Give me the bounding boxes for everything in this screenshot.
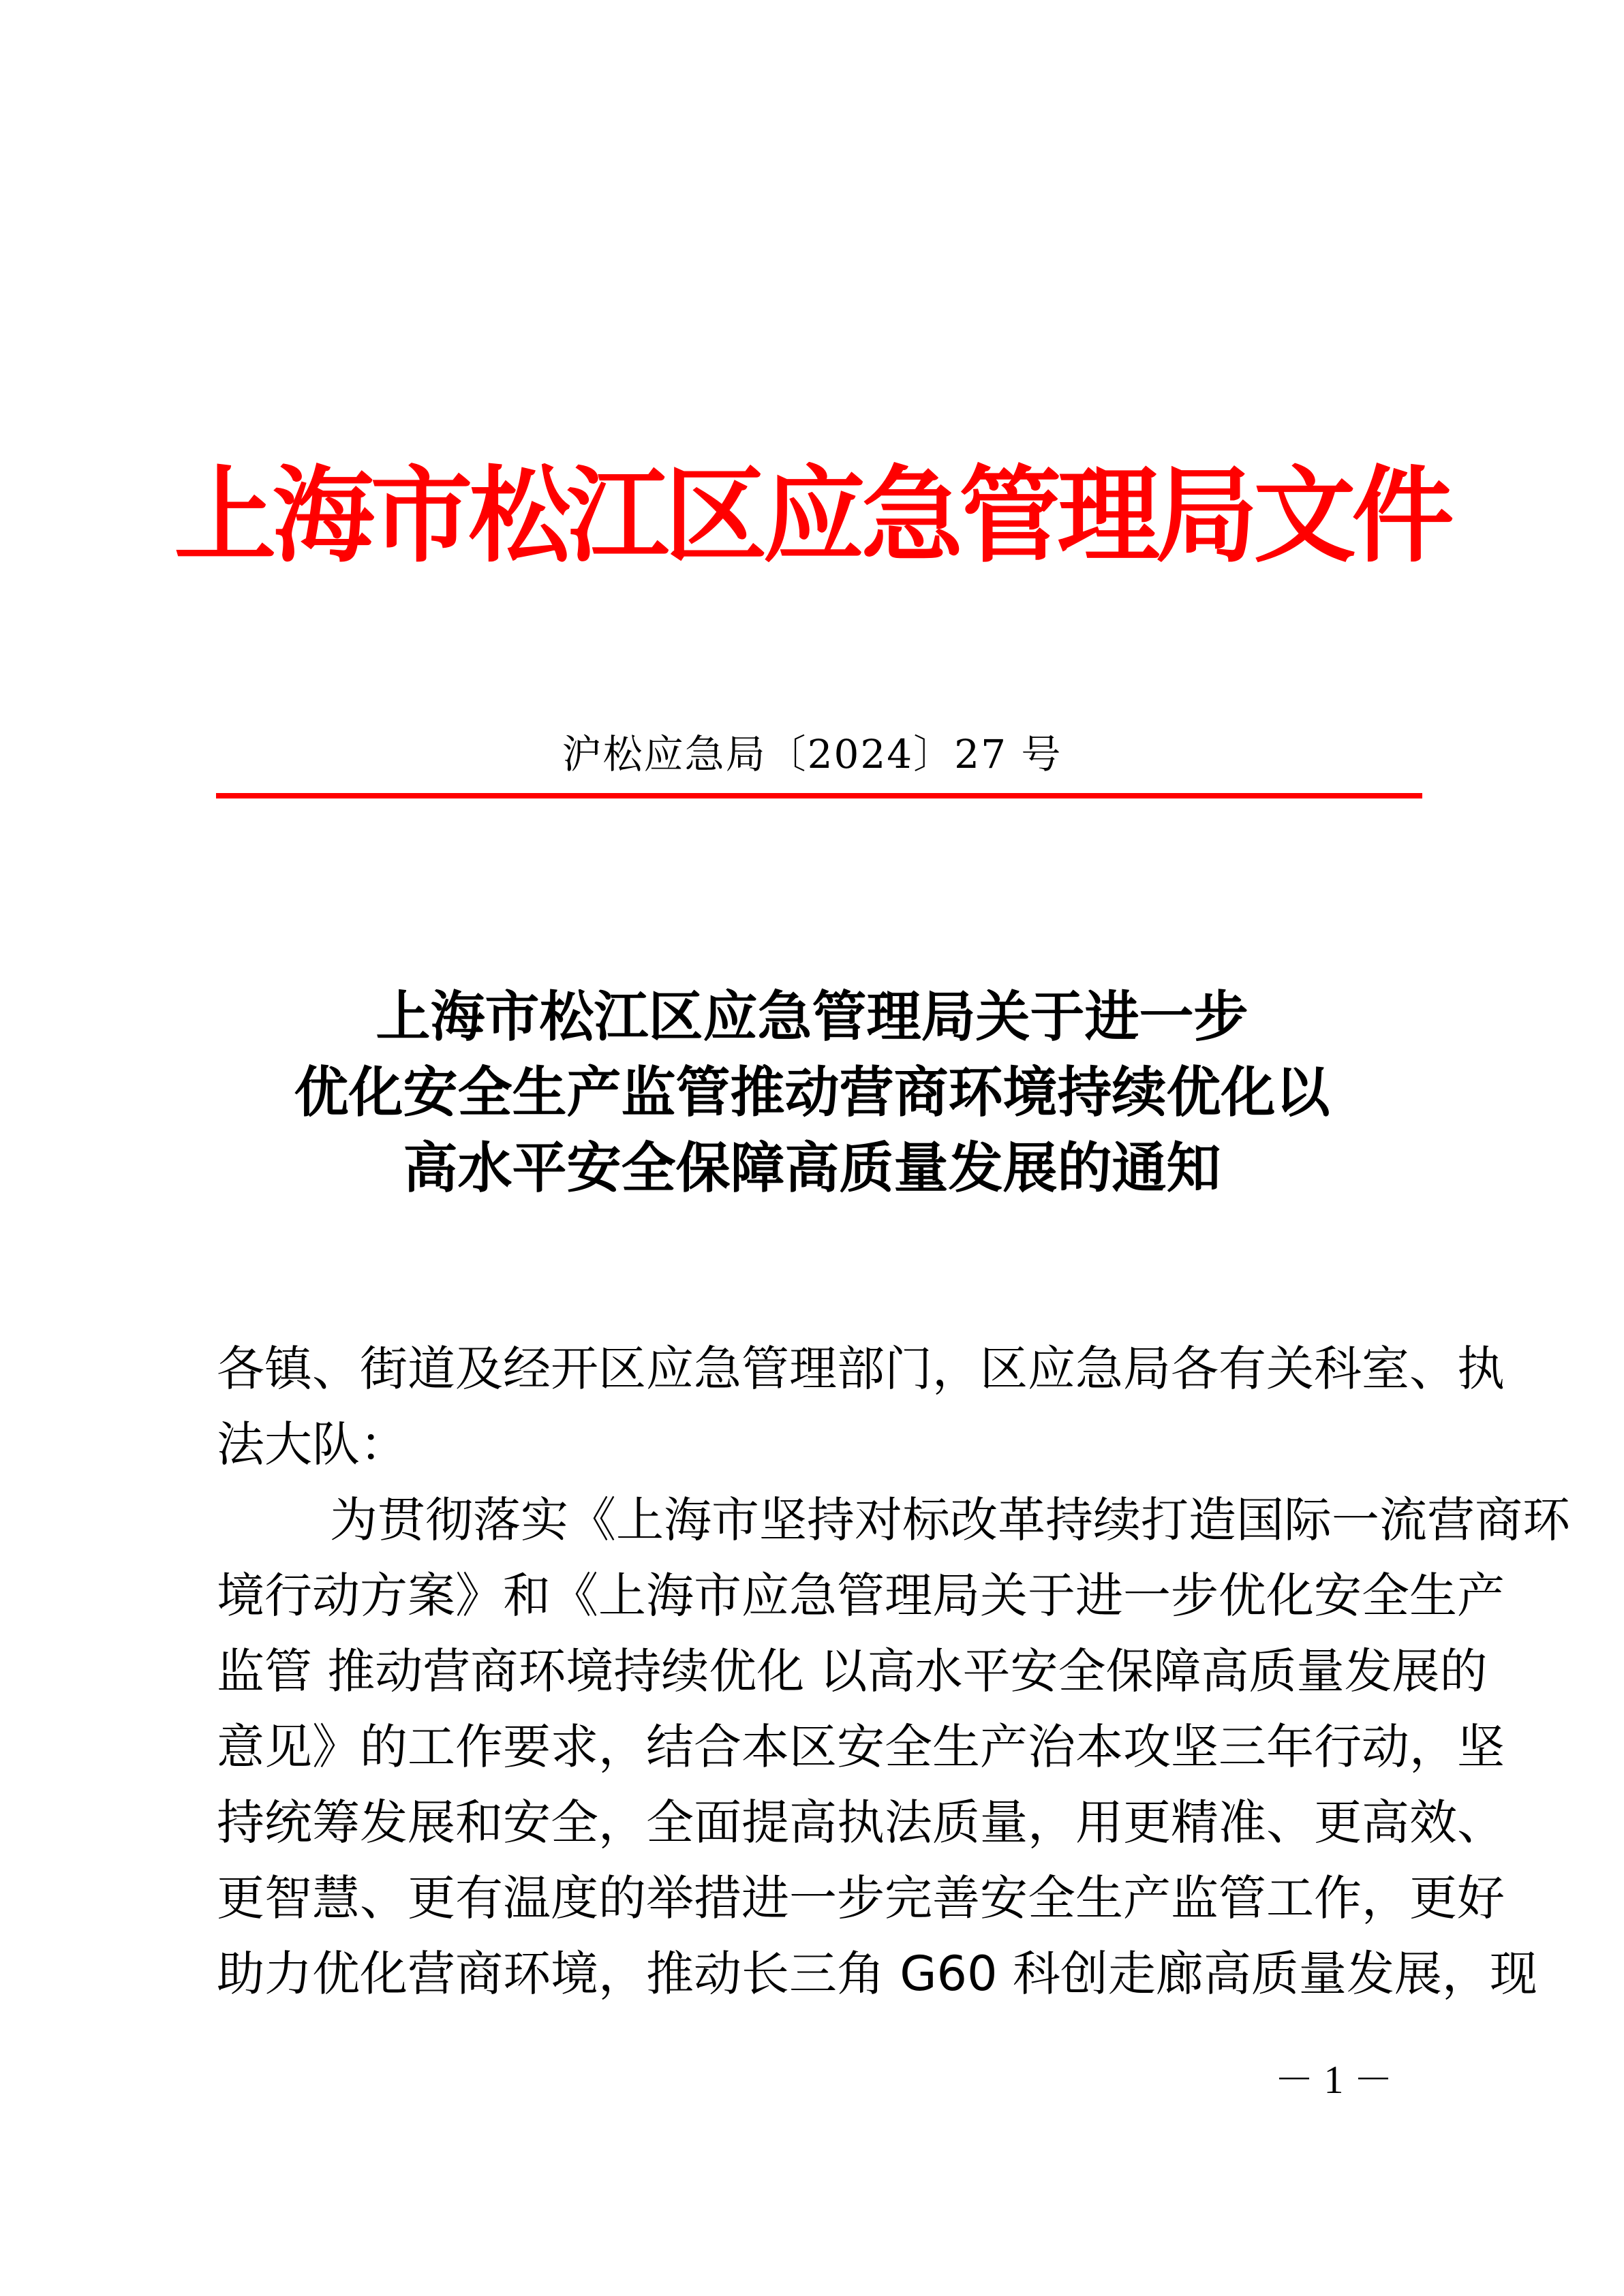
document-title: 上海市松江区应急管理局关于进一步 优化安全生产监管推动营商环境持续优化以 高水平… [0,979,1624,1206]
document-number: 沪松应急局〔2024〕27 号 [0,730,1624,778]
recipients-line: 各镇、街道及经开区应急管理部门，区应急局各有关科室、执 [217,1331,1406,1407]
document-page: 上海市松江区应急管理局文件 沪松应急局〔2024〕27 号 上海市松江区应急管理… [0,0,1624,2296]
title-line: 上海市松江区应急管理局关于进一步 [0,979,1624,1055]
body-line: 为贯彻落实《上海市坚持对标改革持续打造国际一流营商环 [217,1483,1406,1558]
body-line: 更智慧、更有温度的举措进一步完善安全生产监管工作，更好 [217,1861,1406,1936]
recipients-line: 法大队： [217,1407,1406,1483]
red-divider-rule [216,793,1422,798]
body-line: 助力优化营商环境，推动长三角 G60 科创走廊高质量发展，现 [217,1936,1406,2012]
document-masthead: 上海市松江区应急管理局文件 [0,456,1624,574]
document-body: 各镇、街道及经开区应急管理部门，区应急局各有关科室、执 法大队： 为贯彻落实《上… [217,1331,1406,2012]
body-line: 境行动方案》和《上海市应急管理局关于进一步优化安全生产 [217,1558,1406,1634]
title-line: 高水平安全保障高质量发展的通知 [0,1130,1624,1206]
page-number: － 1 － [1274,2056,1411,2104]
body-line: 意见》的工作要求，结合本区安全生产治本攻坚三年行动，坚 [217,1709,1406,1785]
title-line: 优化安全生产监管推动营商环境持续优化以 [0,1055,1624,1130]
body-line: 持统筹发展和安全，全面提高执法质量，用更精准、更高效、 [217,1785,1406,1861]
body-line: 监管 推动营商环境持续优化 以高水平安全保障高质量发展的 [217,1634,1406,1709]
